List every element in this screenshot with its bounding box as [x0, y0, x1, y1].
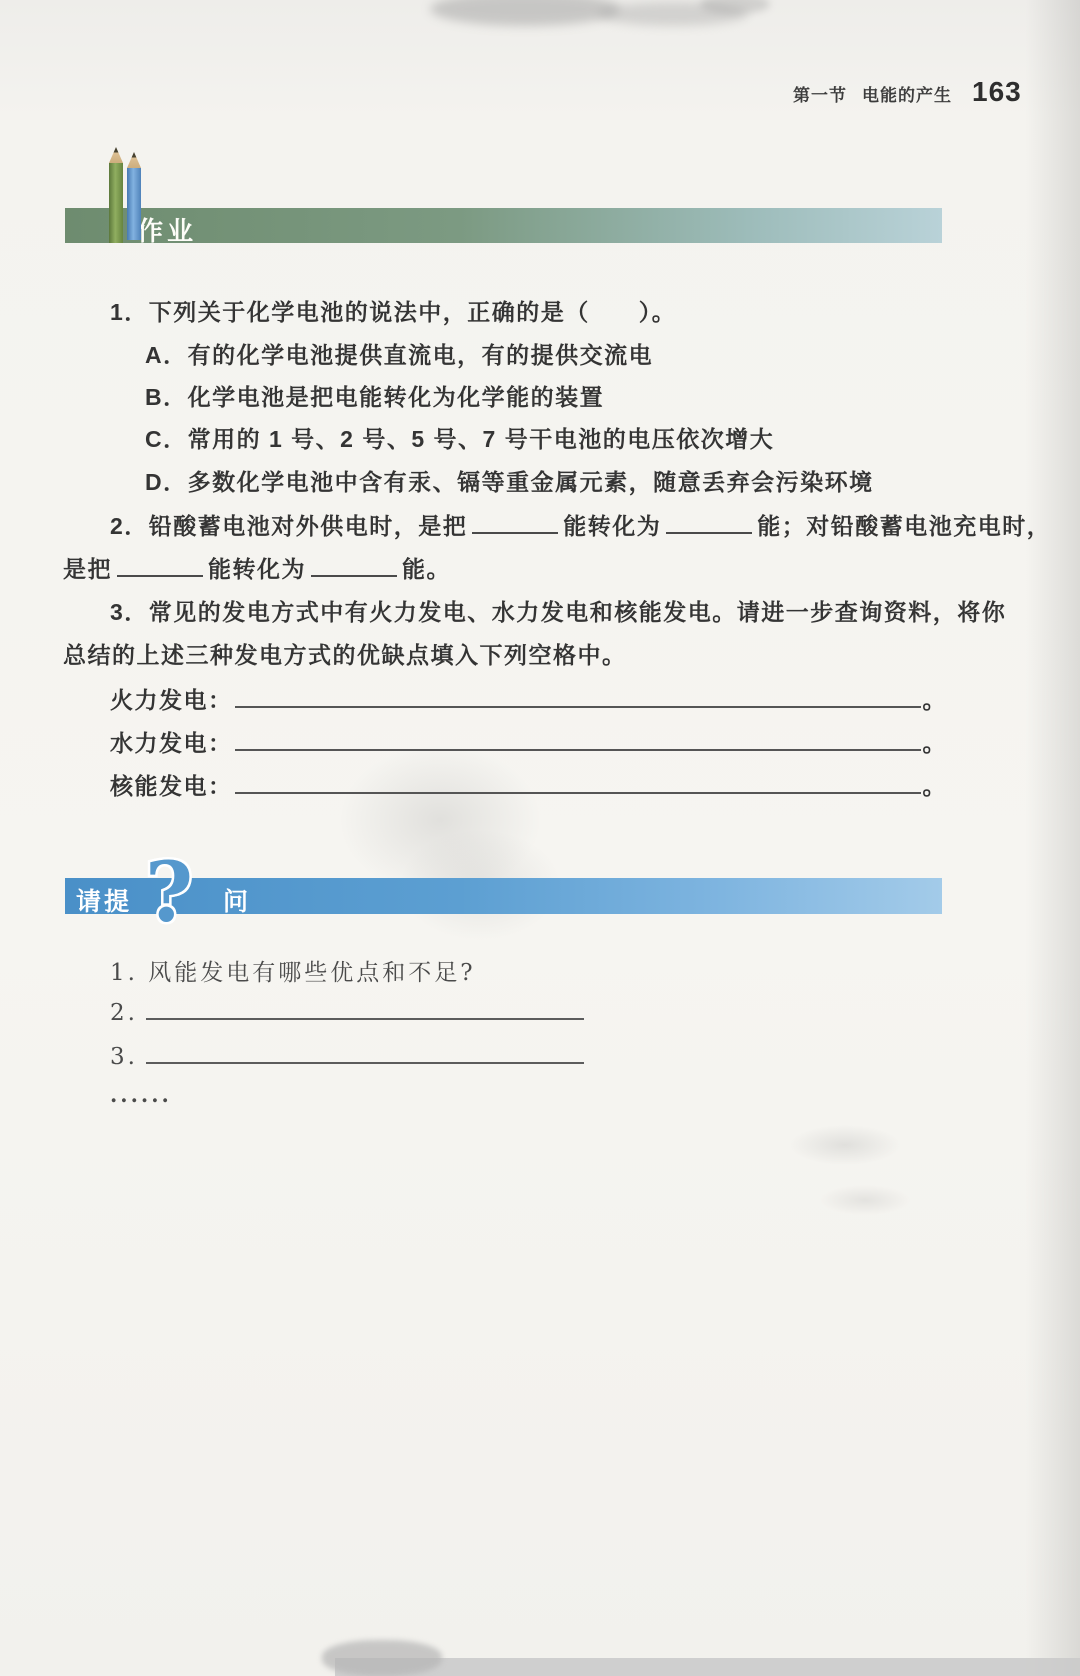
homework-banner: 作业 — [65, 208, 942, 243]
question-1-option-a: A．有的化学电池提供直流电，有的提供交流电 — [145, 337, 653, 370]
question-2-text: 2．铅酸蓄电池对外供电时，是把 — [110, 513, 467, 539]
scan-smudge — [430, 0, 620, 26]
fill-in-line — [146, 1002, 584, 1020]
question-2-line-1: 2．铅酸蓄电池对外供电时，是把能转化为能；对铅酸蓄电池充电时， — [110, 508, 1051, 541]
question-1-text: 1．下列关于化学电池的说法中，正确的是（ ）。 — [110, 294, 676, 327]
fill-row-label: 核能发电： — [110, 773, 233, 799]
question-2-text: 能；对铅酸蓄电池充电时， — [757, 513, 1051, 539]
scan-smudge — [820, 1185, 910, 1215]
pencil-shaft — [109, 163, 123, 243]
fill-in-line — [146, 1046, 584, 1064]
question-1-option-c: C．常用的 1 号、2 号、5 号、7 号干电池的电压依次增大 — [145, 421, 774, 454]
fill-row-suffix: 。 — [923, 730, 948, 756]
fill-in-blank — [311, 559, 397, 577]
fill-row-suffix: 。 — [923, 773, 948, 799]
question-1-option-d: D．多数化学电池中含有汞、镉等重金属元素，随意丢弃会污染环境 — [145, 464, 874, 497]
green-pencil-icon — [109, 147, 123, 243]
fill-in-line — [235, 776, 921, 794]
fill-in-line — [235, 690, 921, 708]
ask-banner-label-right: 问 — [223, 882, 249, 918]
question-2-text: 是把 — [63, 556, 112, 582]
page-number: 163 — [972, 76, 1022, 108]
scan-edge-strip — [335, 1658, 1080, 1676]
ask-item-1: 1. 风能发电有哪些优点和不足? — [110, 954, 476, 987]
question-1-option-b: B．化学电池是把电能转化为化学能的装置 — [145, 379, 604, 412]
ask-question-banner: 请提 ? 问 — [65, 878, 942, 914]
question-2-text: 能。 — [402, 556, 451, 582]
fill-in-blank — [117, 559, 203, 577]
ask-item-number: 3. — [110, 1044, 138, 1070]
ellipsis: ...... — [110, 1082, 172, 1107]
question-3-line-1: 3．常见的发电方式中有火力发电、水力发电和核能发电。请进一步查询资料，将你 — [110, 594, 1006, 627]
fill-row-nuclear-power: 核能发电：。 — [110, 768, 947, 801]
fill-in-line — [235, 733, 921, 751]
scan-smudge — [598, 2, 748, 26]
scan-smudge — [322, 1640, 442, 1676]
pencil-tip — [109, 147, 123, 163]
ask-banner-label-left: 请提 — [76, 882, 132, 918]
fill-row-thermal-power: 火力发电：。 — [110, 682, 947, 715]
scan-smudge — [700, 0, 770, 14]
fill-row-label: 火力发电： — [110, 687, 233, 713]
textbook-page: 第一节 电能的产生 163 作业 1．下列关于化学电池的说法中，正确的是（ ）。… — [0, 0, 1080, 1676]
question-2-text: 能转化为 — [563, 513, 661, 539]
ask-item-number: 2. — [110, 1000, 138, 1026]
fill-in-blank — [472, 516, 558, 534]
ask-item-3: 3. — [110, 1044, 584, 1070]
section-title: 电能的产生 — [862, 81, 952, 106]
scan-smudge — [790, 1125, 900, 1165]
question-2-text: 能转化为 — [208, 556, 306, 582]
pencil-shaft — [127, 168, 141, 240]
homework-banner-label: 作业 — [137, 211, 197, 248]
fill-row-suffix: 。 — [923, 687, 948, 713]
blue-pencil-icon — [127, 152, 141, 240]
question-2-line-2: 是把能转化为能。 — [63, 551, 451, 584]
pencil-tip — [127, 152, 141, 168]
section-label: 第一节 — [793, 81, 847, 106]
fill-in-blank — [666, 516, 752, 534]
fill-row-label: 水力发电： — [110, 730, 233, 756]
question-3-line-2: 总结的上述三种发电方式的优缺点填入下列空格中。 — [63, 637, 627, 670]
page-header: 第一节 电能的产生 163 — [793, 76, 1022, 108]
ask-item-2: 2. — [110, 1000, 584, 1026]
question-mark-icon: ? — [145, 852, 193, 934]
page-edge-shadow — [1025, 0, 1080, 1676]
fill-row-hydro-power: 水力发电：。 — [110, 725, 947, 758]
